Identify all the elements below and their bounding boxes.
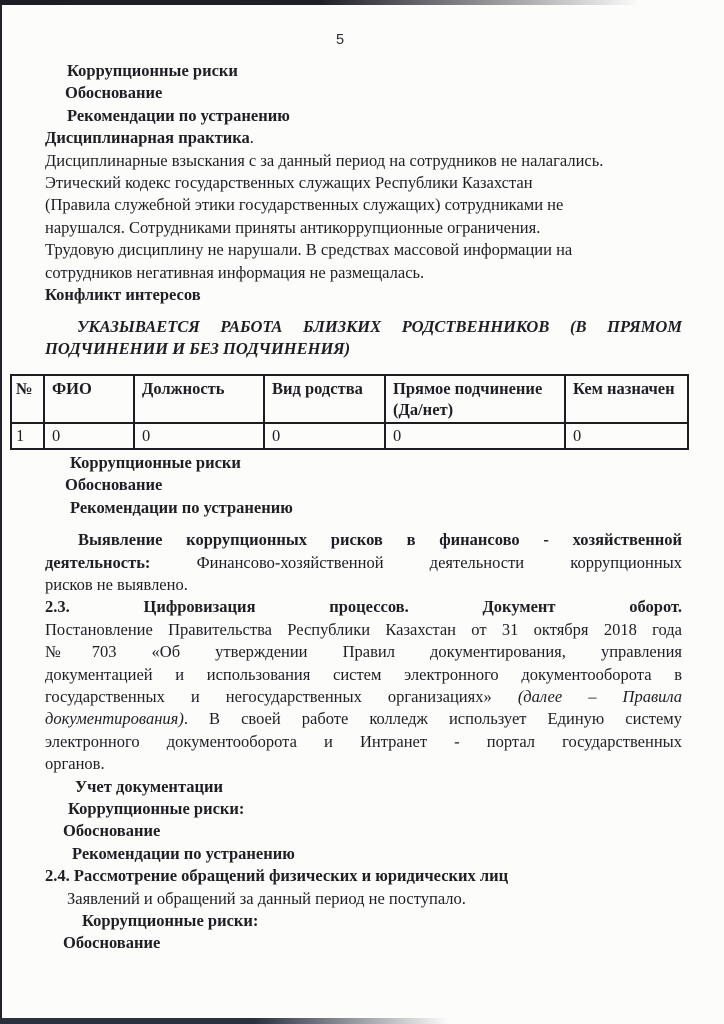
table-header-appointed-by: Кем назначен	[565, 375, 688, 423]
finance-paragraph-line-2: деятельность: Финансово-хозяйственной де…	[45, 552, 682, 574]
heading-justification-2: Обоснование	[45, 474, 682, 496]
finance-paragraph-line-1: Выявление коррупционных рисков в финансо…	[45, 529, 682, 551]
page-number: 5	[300, 32, 380, 48]
scanned-document-page: 5 Коррупционные риски Обоснование Рекоме…	[0, 0, 724, 1024]
relatives-table: № ФИО Должность Вид родства Прямое подчи…	[10, 374, 689, 450]
section-2-4-title: 2.4. Рассмотрение обращений физических и…	[45, 865, 682, 887]
spacer	[45, 519, 682, 529]
table-header-position: Должность	[134, 375, 264, 423]
table-cell-direct-subordination: 0	[385, 423, 565, 449]
relatives-table-header-row: № ФИО Должность Вид родства Прямое подчи…	[11, 375, 688, 423]
digitization-line4-regular: государственных и негосударственных орга…	[45, 687, 492, 706]
digitization-line5-italic: документирования)	[45, 709, 184, 728]
table-header-kinship: Вид родства	[264, 375, 385, 423]
table-header-fio: ФИО	[44, 375, 134, 423]
discipline-paragraph-line-5: Трудовую дисциплину не нарушали. В средс…	[45, 239, 682, 261]
finance-activity-bold: деятельность:	[45, 553, 150, 572]
table-cell-appointed-by: 0	[565, 423, 688, 449]
relatives-heading: УКАЗЫВАЕТСЯ РАБОТА БЛИЗКИХ РОДСТВЕННИКОВ…	[45, 316, 682, 361]
heading-disciplinary-practice: Дисциплинарная практика.	[45, 127, 682, 149]
discipline-paragraph-line-2: Этический кодекс государственных служащи…	[45, 172, 682, 194]
disciplinary-practice-bold: Дисциплинарная практика	[45, 128, 250, 147]
digitization-paragraph-line-2: №703 «Об утверждении Правил документиров…	[45, 641, 682, 663]
relatives-heading-line-1: УКАЗЫВАЕТСЯ РАБОТА БЛИЗКИХ РОДСТВЕННИКОВ…	[45, 316, 682, 338]
heading-corruption-risks-3: Коррупционные риски:	[45, 798, 682, 820]
scan-edge-top	[0, 0, 640, 5]
table-cell-fio: 0	[44, 423, 134, 449]
digitization-paragraph-line-5: документирования). В своей работе коллед…	[45, 708, 682, 730]
relatives-heading-line-2: ПОДЧИНЕНИИ И БЕЗ ПОДЧИНЕНИЯ)	[45, 338, 682, 360]
digitization-line4-italic: (далее – Правила	[518, 687, 682, 706]
heading-corruption-risks-1: Коррупционные риски	[45, 60, 682, 82]
heading-corruption-risks-2: Коррупционные риски	[45, 452, 682, 474]
digitization-paragraph-line-4: государственных и негосударственных орга…	[45, 686, 682, 708]
heading-conflict-of-interest: Конфликт интересов	[45, 284, 682, 306]
scan-edge-bottom	[0, 1018, 724, 1024]
relatives-table-row: 1 0 0 0 0 0	[11, 423, 688, 449]
heading-recommendations-2: Рекомендации по устранению	[45, 497, 682, 519]
section-2-3-title: 2.3. Цифровизация процессов. Документ об…	[45, 596, 682, 618]
disciplinary-practice-period: .	[250, 128, 254, 147]
finance-activity-rest: Финансово-хозяйственной деятельности кор…	[197, 553, 682, 572]
finance-paragraph-line-3: рисков не выявлено.	[45, 574, 682, 596]
heading-justification-1: Обоснование	[45, 82, 682, 104]
table-cell-kinship: 0	[264, 423, 385, 449]
digitization-paragraph-line-1: Постановление Правительства Республики К…	[45, 619, 682, 641]
table-header-direct-subordination: Прямое подчинение (Да/нет)	[385, 375, 565, 423]
scan-edge-left	[0, 4, 2, 1020]
heading-recommendations-3: Рекомендации по устранению	[45, 843, 682, 865]
discipline-paragraph-line-6: сотрудников негативная информация не раз…	[45, 262, 682, 284]
table-header-num: №	[11, 375, 44, 423]
heading-corruption-risks-4: Коррупционные риски:	[45, 910, 682, 932]
section-disciplinary: Коррупционные риски Обоснование Рекоменд…	[45, 60, 682, 306]
digitization-paragraph-line-3: документацией и использования систем эле…	[45, 664, 682, 686]
heading-justification-3: Обоснование	[45, 820, 682, 842]
discipline-paragraph-line-1: Дисциплинарные взыскания с за данный пер…	[45, 150, 682, 172]
heading-doc-accounting: Учет документации	[45, 776, 682, 798]
digitization-paragraph-line-6: электронного документооборота и Интранет…	[45, 731, 682, 753]
discipline-paragraph-line-4: нарушался. Сотрудниками приняты антикорр…	[45, 217, 682, 239]
table-cell-position: 0	[134, 423, 264, 449]
table-cell-num: 1	[11, 423, 44, 449]
heading-justification-4: Обоснование	[45, 932, 682, 954]
heading-recommendations-1: Рекомендации по устранению	[45, 105, 682, 127]
appeals-paragraph-line-1: Заявлений и обращений за данный период н…	[45, 888, 682, 910]
digitization-paragraph-line-7: органов.	[45, 753, 682, 775]
digitization-line5-regular: . В своей работе колледж использует Един…	[184, 709, 682, 728]
section-finance-and-digitization: Коррупционные риски Обоснование Рекоменд…	[45, 452, 682, 955]
discipline-paragraph-line-3: (Правила служебной этики государственных…	[45, 194, 682, 216]
